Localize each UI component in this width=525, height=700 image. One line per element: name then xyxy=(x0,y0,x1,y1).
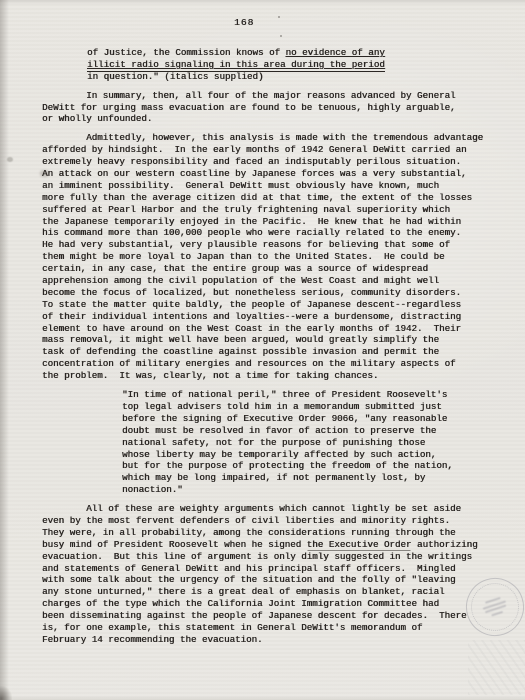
text-segment: He had very substantial, very plausible … xyxy=(42,239,450,250)
text-segment: mass removal, it might well have been ar… xyxy=(42,334,439,345)
text-line: is, for one example, this statement in G… xyxy=(42,622,504,634)
text-segment: task of defending the coastline against … xyxy=(42,346,439,357)
corner-smudge xyxy=(0,686,12,700)
text-segment: with some talk about the urgency of the … xyxy=(42,574,456,585)
text-line: charges of the type which the California… xyxy=(42,598,504,610)
text-line: He had very substantial, very plausible … xyxy=(42,239,504,251)
paragraph-block: All of these are weighty arguments which… xyxy=(42,503,504,646)
text-segment: An attack on our western coastline by Ja… xyxy=(42,168,467,179)
text-line: In summary, then, all four of the major … xyxy=(42,90,504,102)
text-segment: extremely heavy responsibility and faced… xyxy=(42,156,461,167)
text-line: An attack on our western coastline by Ja… xyxy=(42,168,504,180)
text-segment: and statements of General DeWitt and his… xyxy=(42,563,456,574)
scan-edge-shadow-bottom xyxy=(0,696,525,700)
text-segment: them might be more loyal to Japan than t… xyxy=(42,251,444,262)
text-segment: In summary, then, all four of the major … xyxy=(42,90,456,101)
paragraph-block: In summary, then, all four of the major … xyxy=(42,90,504,126)
text-segment: before the signing of Executive Order 90… xyxy=(122,413,447,424)
text-line: February 14 recommending the evacuation. xyxy=(42,634,504,646)
text-segment: is, for one example, this statement in G… xyxy=(42,622,422,633)
text-line: his command more than 100,000 people who… xyxy=(42,227,504,239)
text-segment: certain, in any case, that the entire gr… xyxy=(42,263,428,274)
text-segment: any stone unturned," there is a great de… xyxy=(42,586,444,597)
text-line: evacuation. But this line of argument is… xyxy=(42,551,504,563)
text-segment: the Japanese temporarily enjoyed in the … xyxy=(42,216,461,227)
text-line: nonaction." xyxy=(122,484,504,496)
text-line: of their individual intentions and loyal… xyxy=(42,311,504,323)
text-line: of Justice, the Commission knows of no e… xyxy=(87,47,504,59)
text-segment: but for the purpose of protecting the fr… xyxy=(122,460,453,471)
text-segment: in question." (italics supplied) xyxy=(87,71,263,82)
text-segment: They were, in all probability, among the… xyxy=(42,527,456,538)
text-line: been disseminating against the people of… xyxy=(42,610,504,622)
text-segment: To state the matter quite baldly, the pe… xyxy=(42,299,461,310)
text-segment: national safety, not for the purpose of … xyxy=(122,437,425,448)
text-segment: or wholly unfounded. xyxy=(42,113,152,124)
text-line: apprehension among the civil population … xyxy=(42,275,504,287)
text-line: whose liberty may be temporarily affecte… xyxy=(122,449,504,461)
text-line: even by the most fervent defenders of ci… xyxy=(42,515,504,527)
text-line: doubt must be resolved in favor of actio… xyxy=(122,425,504,437)
text-segment: DeWitt for urging mass evacuation are fo… xyxy=(42,102,456,113)
ink-speck xyxy=(278,16,280,18)
text-segment: nonaction." xyxy=(122,484,183,495)
page-number: 168 xyxy=(234,17,254,28)
text-segment: busy mind of President Roosevelt when he… xyxy=(42,539,307,550)
text-line: become the focus of localized, but nonet… xyxy=(42,287,504,299)
text-segment: top legal advisers told him in a memoran… xyxy=(122,401,442,412)
text-line: "In time of national peril," three of Pr… xyxy=(122,389,504,401)
text-segment: the problem. It was, clearly, not a time… xyxy=(42,370,378,381)
text-segment: of Justice, the Commission knows of xyxy=(87,47,285,58)
scan-edge-shadow-left xyxy=(0,0,9,700)
text-segment: doubt must be resolved in favor of actio… xyxy=(122,425,436,436)
text-line: in question." (italics supplied) xyxy=(87,71,504,83)
ink-speck xyxy=(280,35,282,37)
text-segment: February 14 recommending the evacuation. xyxy=(42,634,263,645)
text-segment: whose liberty may be temporarily affecte… xyxy=(122,449,436,460)
document-page: 168 of Justice, the Commission knows of … xyxy=(0,0,525,700)
text-line: afforded by hindsight. In the early mont… xyxy=(42,144,504,156)
text-line: All of these are weighty arguments which… xyxy=(42,503,504,515)
text-segment: Admittedly, however, this analysis is ma… xyxy=(42,132,483,143)
text-line: mass removal, it might well have been ar… xyxy=(42,334,504,346)
text-line: task of defending the coastline against … xyxy=(42,346,504,358)
text-line: To state the matter quite baldly, the pe… xyxy=(42,299,504,311)
text-segment: All of these are weighty arguments which… xyxy=(42,503,461,514)
text-segment: afforded by hindsight. In the early mont… xyxy=(42,144,467,155)
text-line: suffered at Pearl Harbor and the truly f… xyxy=(42,204,504,216)
text-line: with some talk about the urgency of the … xyxy=(42,574,504,586)
document-body: of Justice, the Commission knows of no e… xyxy=(42,47,504,646)
text-line: before the signing of Executive Order 90… xyxy=(122,413,504,425)
text-line: but for the purpose of protecting the fr… xyxy=(122,460,504,472)
text-segment: evacuation. But this line of argument is… xyxy=(42,551,472,562)
text-line: busy mind of President Roosevelt when he… xyxy=(42,539,504,551)
text-line: any stone unturned," there is a great de… xyxy=(42,586,504,598)
underlined-text: no evidence of any xyxy=(285,47,384,58)
text-line: DeWitt for urging mass evacuation are fo… xyxy=(42,102,504,114)
text-segment: even by the most fervent defenders of ci… xyxy=(42,515,450,526)
text-segment: apprehension among the civil population … xyxy=(42,275,439,286)
text-line: certain, in any case, that the entire gr… xyxy=(42,263,504,275)
text-segment: element to have around on the West Coast… xyxy=(42,323,461,334)
text-line: top legal advisers told him in a memoran… xyxy=(122,401,504,413)
text-line: an imminent possibility. General DeWitt … xyxy=(42,180,504,192)
text-segment: an imminent possibility. General DeWitt … xyxy=(42,180,439,191)
text-segment: been disseminating against the people of… xyxy=(42,610,467,621)
text-segment: suffered at Pearl Harbor and the truly f… xyxy=(42,204,450,215)
text-segment: "In time of national peril," three of Pr… xyxy=(122,389,447,400)
text-line: and statements of General DeWitt and his… xyxy=(42,563,504,575)
text-segment: concentration of military energies and r… xyxy=(42,358,456,369)
text-line: They were, in all probability, among the… xyxy=(42,527,504,539)
text-line: them might be more loyal to Japan than t… xyxy=(42,251,504,263)
text-line: concentration of military energies and r… xyxy=(42,358,504,370)
text-segment: authorizing xyxy=(411,539,477,550)
text-segment: more fully than the average citizen did … xyxy=(42,192,472,203)
text-line: national safety, not for the purpose of … xyxy=(122,437,504,449)
text-line: which may be long impaired, if not perma… xyxy=(122,472,504,484)
text-line: element to have around on the West Coast… xyxy=(42,323,504,335)
paper-smudge xyxy=(7,157,13,162)
text-segment: his command more than 100,000 people who… xyxy=(42,227,461,238)
blockquote-block: "In time of national peril," three of Pr… xyxy=(122,389,504,496)
text-segment: of their individual intentions and loyal… xyxy=(42,311,461,322)
text-segment: which may be long impaired, if not perma… xyxy=(122,472,425,483)
text-line: Admittedly, however, this analysis is ma… xyxy=(42,132,504,144)
underlined-text: the Executive Order xyxy=(307,539,412,550)
text-line: the Japanese temporarily enjoyed in the … xyxy=(42,216,504,228)
text-line: the problem. It was, clearly, not a time… xyxy=(42,370,504,382)
text-segment: charges of the type which the California… xyxy=(42,598,439,609)
text-line: or wholly unfounded. xyxy=(42,113,504,125)
text-line: illicit radio signaling in this area dur… xyxy=(87,59,504,71)
quote-block: of Justice, the Commission knows of no e… xyxy=(87,47,504,83)
paragraph-block: Admittedly, however, this analysis is ma… xyxy=(42,132,504,382)
text-line: more fully than the average citizen did … xyxy=(42,192,504,204)
text-line: extremely heavy responsibility and faced… xyxy=(42,156,504,168)
scan-artifact xyxy=(468,640,525,695)
scan-edge-shadow-top xyxy=(0,0,525,5)
text-segment: become the focus of localized, but nonet… xyxy=(42,287,461,298)
